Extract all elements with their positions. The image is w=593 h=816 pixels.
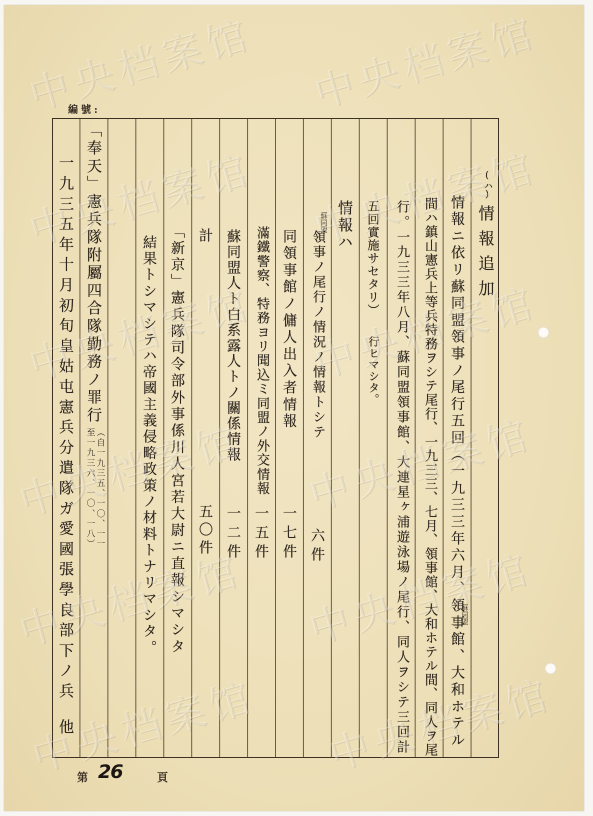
date-range-to: 至一九三六、一〇、一八）: [85, 428, 95, 549]
manuscript-line: 情報ハ: [331, 200, 359, 251]
margin-annotation: 蘇同盟: [460, 604, 469, 625]
report-item-label: 領事ノ尾行ノ情況ノ情報トシテ: [303, 230, 331, 440]
report-item-count: 六件: [303, 528, 331, 566]
manuscript-line: 一九三五年十月初旬皇姑屯憲兵分遣隊ガ愛國張學良部下ノ兵: [52, 155, 80, 703]
manuscript-line: 行。一九三三年八月、蘇同盟領事館、大連星ヶ浦遊泳場ノ尾行、同人ヲシテ三回計: [387, 200, 415, 755]
date-range-annotation: （自一九三五、一〇、一一 至一九三六、一〇、一八）: [83, 428, 105, 549]
manuscript-line-continuation: 行ヒマシタ。: [359, 336, 387, 405]
document-number-label: 編號:: [68, 101, 101, 116]
punch-hole-upper: [538, 327, 549, 338]
manuscript-line: 五回實施サセタリ）: [359, 200, 387, 317]
section-title: 「奉天」憲兵隊附屬四合隊勤務ノ罪行: [80, 122, 108, 425]
report-item-label: 同領事館ノ傭人出入者情報: [275, 229, 303, 431]
page-suffix: 頁: [157, 769, 168, 785]
manuscript-line-continuation: 他: [52, 719, 80, 734]
report-item-label: 滿鐵警察、特務ヨリ聞込ミ同盟ノ外交情報: [247, 226, 275, 496]
manuscript-line: 間ハ鎮山憲兵上等兵特務ヲシテ尾行、一九三三、七月、領事館、大和ホテル間、同人ヲ尾: [415, 197, 443, 757]
total-count: 五〇件: [191, 504, 219, 558]
manuscript-line: 「新京」憲兵隊司令部外事係川人宮若大尉ニ直報シマシタ: [163, 224, 191, 656]
section-marker: (ハ): [473, 171, 501, 200]
total-label: 計: [191, 228, 219, 242]
page-prefix: 第: [77, 769, 88, 785]
report-item-count: 一七件: [275, 506, 303, 563]
date-range-from: （自一九三五、一〇、一一: [95, 428, 105, 549]
section-heading: 情報追加: [471, 205, 499, 305]
report-item-label: 蘇同盟人ト白系露人トノ關係情報: [219, 229, 247, 463]
punch-hole-lower: [545, 663, 556, 674]
report-item-count: 一五件: [247, 506, 275, 563]
manuscript-line: 結果トシマシテハ帝國主義侵略政策ノ材料トナリマシタ。: [135, 235, 163, 656]
report-item-count: 一二件: [219, 506, 247, 563]
manuscript-line: 情報ニ依リ蘇同盟領事ノ尾行五回（一九三三年六月、領事館、大和ホテル: [443, 195, 471, 749]
page-number: 26: [98, 761, 122, 783]
